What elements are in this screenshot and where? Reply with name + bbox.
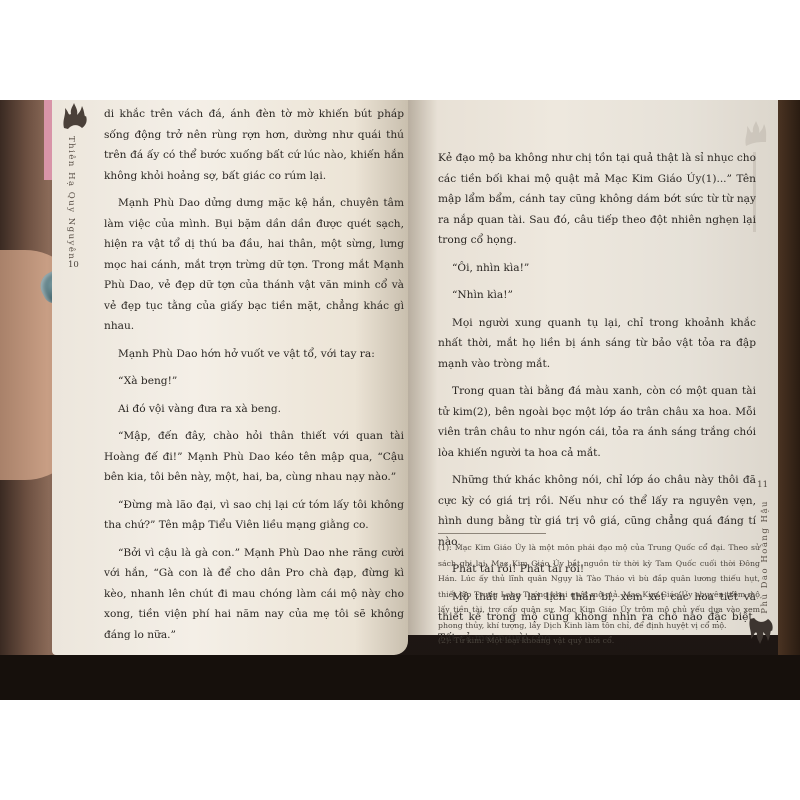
paragraph: “Nhìn kìa!” — [438, 285, 756, 306]
running-head-left: Thiên Hạ Quy Nguyên — [66, 136, 76, 260]
paragraph: “Ôi, nhìn kìa!” — [438, 258, 756, 279]
paragraph: “Mập, đến đây, chào hỏi thân thiết với q… — [104, 426, 404, 488]
left-page: Thiên Hạ Quy Nguyên 10 di khắc trên vách… — [52, 100, 408, 655]
paragraph: “Xà beng!” — [104, 371, 404, 392]
paragraph: “Đừng mà lão đại, vì sao chị lại cứ tóm … — [104, 495, 404, 536]
right-page: Kẻ đạo mộ ba không như chị tồn tại quả t… — [408, 100, 780, 635]
flame-ornament-icon — [60, 102, 90, 132]
flame-ornament-icon — [746, 615, 776, 645]
footnote-1: (1): Mạc Kim Giáo Úy là một môn phái đạo… — [438, 540, 760, 633]
paragraph: Ai đó vội vàng đưa ra xà beng. — [104, 399, 404, 420]
left-page-body: di khắc trên vách đá, ánh đèn tờ mờ khiế… — [104, 104, 404, 700]
footnotes: (1): Mạc Kim Giáo Úy là một môn phái đạo… — [438, 540, 760, 649]
page-number-left: 10 — [68, 260, 79, 270]
footnote-divider — [438, 533, 546, 534]
table-surface — [778, 100, 800, 700]
running-head-right: Phù Dao Hoàng Hậu — [760, 500, 770, 614]
paragraph: Trong quan tài bằng đá màu xanh, còn có … — [438, 381, 756, 463]
paragraph: “Bởi vì cậu là gà con.” Mạnh Phù Dao nhe… — [104, 543, 404, 646]
page-number-right: 11 — [757, 480, 768, 490]
book-cover-edge — [44, 100, 52, 180]
footnote-2: (2): Tử kim: Một loại khoáng vật quý thờ… — [438, 633, 760, 649]
paragraph: Mọi người xung quanh tụ lại, chỉ trong k… — [438, 313, 756, 375]
paragraph: Mạnh Phù Dao hớn hở vuốt ve vật tổ, với … — [104, 344, 404, 365]
book-photo: Thiên Hạ Quy Nguyên 10 di khắc trên vách… — [0, 100, 800, 700]
table-shadow — [0, 655, 800, 700]
paragraph: Mạnh Phù Dao dửng dưng mặc kệ hắn, chuyê… — [104, 193, 404, 337]
paragraph: di khắc trên vách đá, ánh đèn tờ mờ khiế… — [104, 104, 404, 186]
paragraph: Kẻ đạo mộ ba không như chị tồn tại quả t… — [438, 148, 756, 251]
